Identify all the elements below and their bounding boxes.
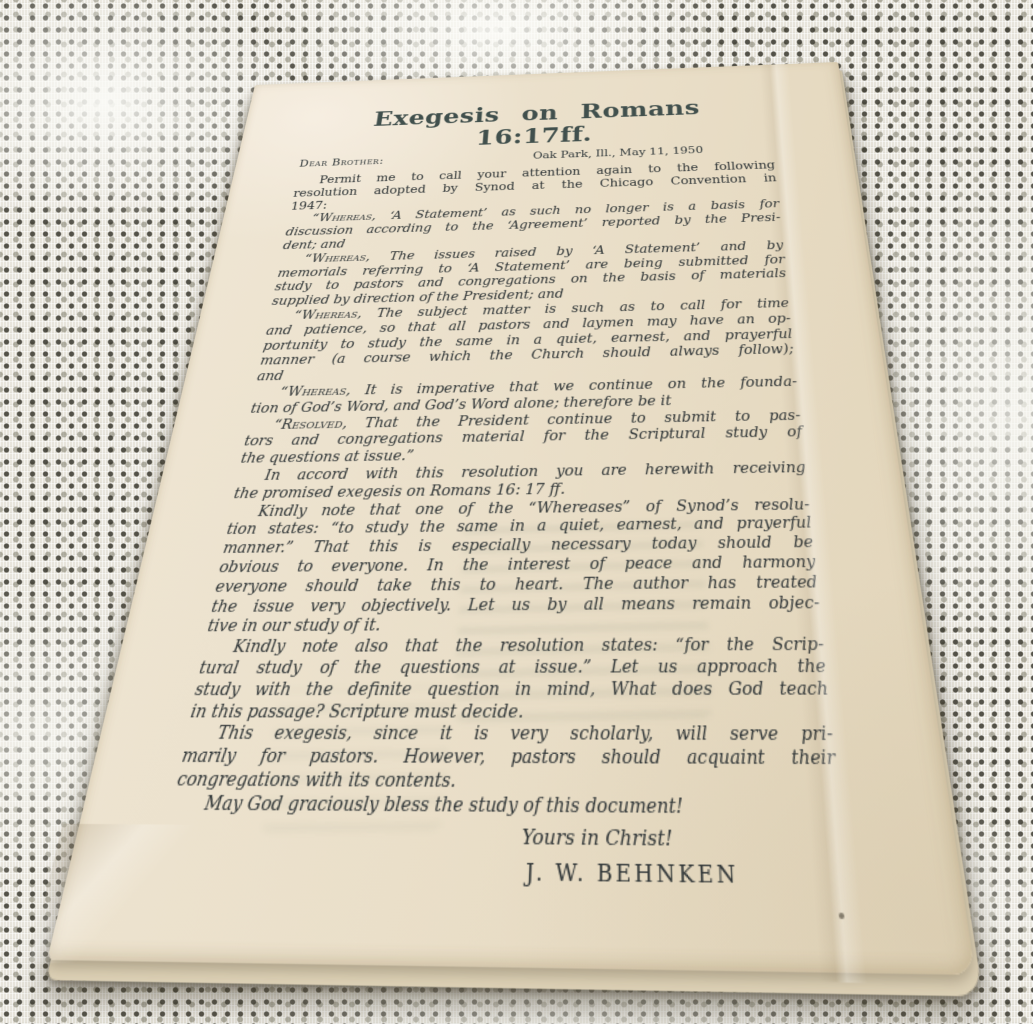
lead-in-small-caps: “Resolved, bbox=[273, 416, 348, 432]
paper-corner-fold bbox=[29, 824, 218, 966]
signature: J. W. BEHNKEN bbox=[157, 856, 848, 891]
text-line: the issue very objectively. Let us by al… bbox=[210, 594, 821, 618]
text-line: in this passage? Scripture must decide. bbox=[189, 702, 832, 725]
paragraph: “Resolved, That the President continue t… bbox=[239, 408, 805, 469]
lead-in-small-caps: “Whereas, bbox=[279, 384, 352, 400]
lead-in-small-caps: “Whereas, bbox=[293, 307, 363, 322]
paragraph: May God graciously bless the study of th… bbox=[170, 793, 841, 822]
text-line: tural study of the questions at issue.” … bbox=[197, 657, 827, 680]
text-line: marily for pastors. However, pastors sho… bbox=[180, 746, 837, 772]
lead-in-small-caps: “Whereas, bbox=[304, 251, 371, 265]
paragraphs: Permit me to call your attention again t… bbox=[170, 160, 841, 822]
lead-in-small-caps: “Whereas, bbox=[311, 211, 377, 225]
paragraph: This exegesis, since it is very scholarl… bbox=[175, 724, 839, 797]
salutation: Dear Brother: bbox=[298, 156, 384, 170]
text-line: tive in our study of it. bbox=[205, 614, 822, 638]
text-line: congregations with its contents. bbox=[175, 770, 839, 797]
paragraph: Kindly note that one of the “Whereases” … bbox=[205, 496, 822, 638]
closing: Yours in Christ! bbox=[164, 822, 845, 853]
text-line: This exegesis, since it is very scholarl… bbox=[184, 724, 834, 748]
paper-speck bbox=[839, 913, 845, 919]
text-line: study with the definite question in mind… bbox=[193, 679, 829, 702]
text-line: May God graciously bless the study of th… bbox=[170, 793, 841, 822]
paragraph: Kindly note also that the resolution sta… bbox=[189, 636, 832, 725]
paragraph: “Whereas, The subject matter is such as … bbox=[255, 297, 796, 386]
text-line: Kindly note also that the resolution sta… bbox=[201, 636, 824, 660]
photo-of-letter: Exegesis on Romans 16:17ff. Dear Brother… bbox=[0, 0, 1033, 1024]
